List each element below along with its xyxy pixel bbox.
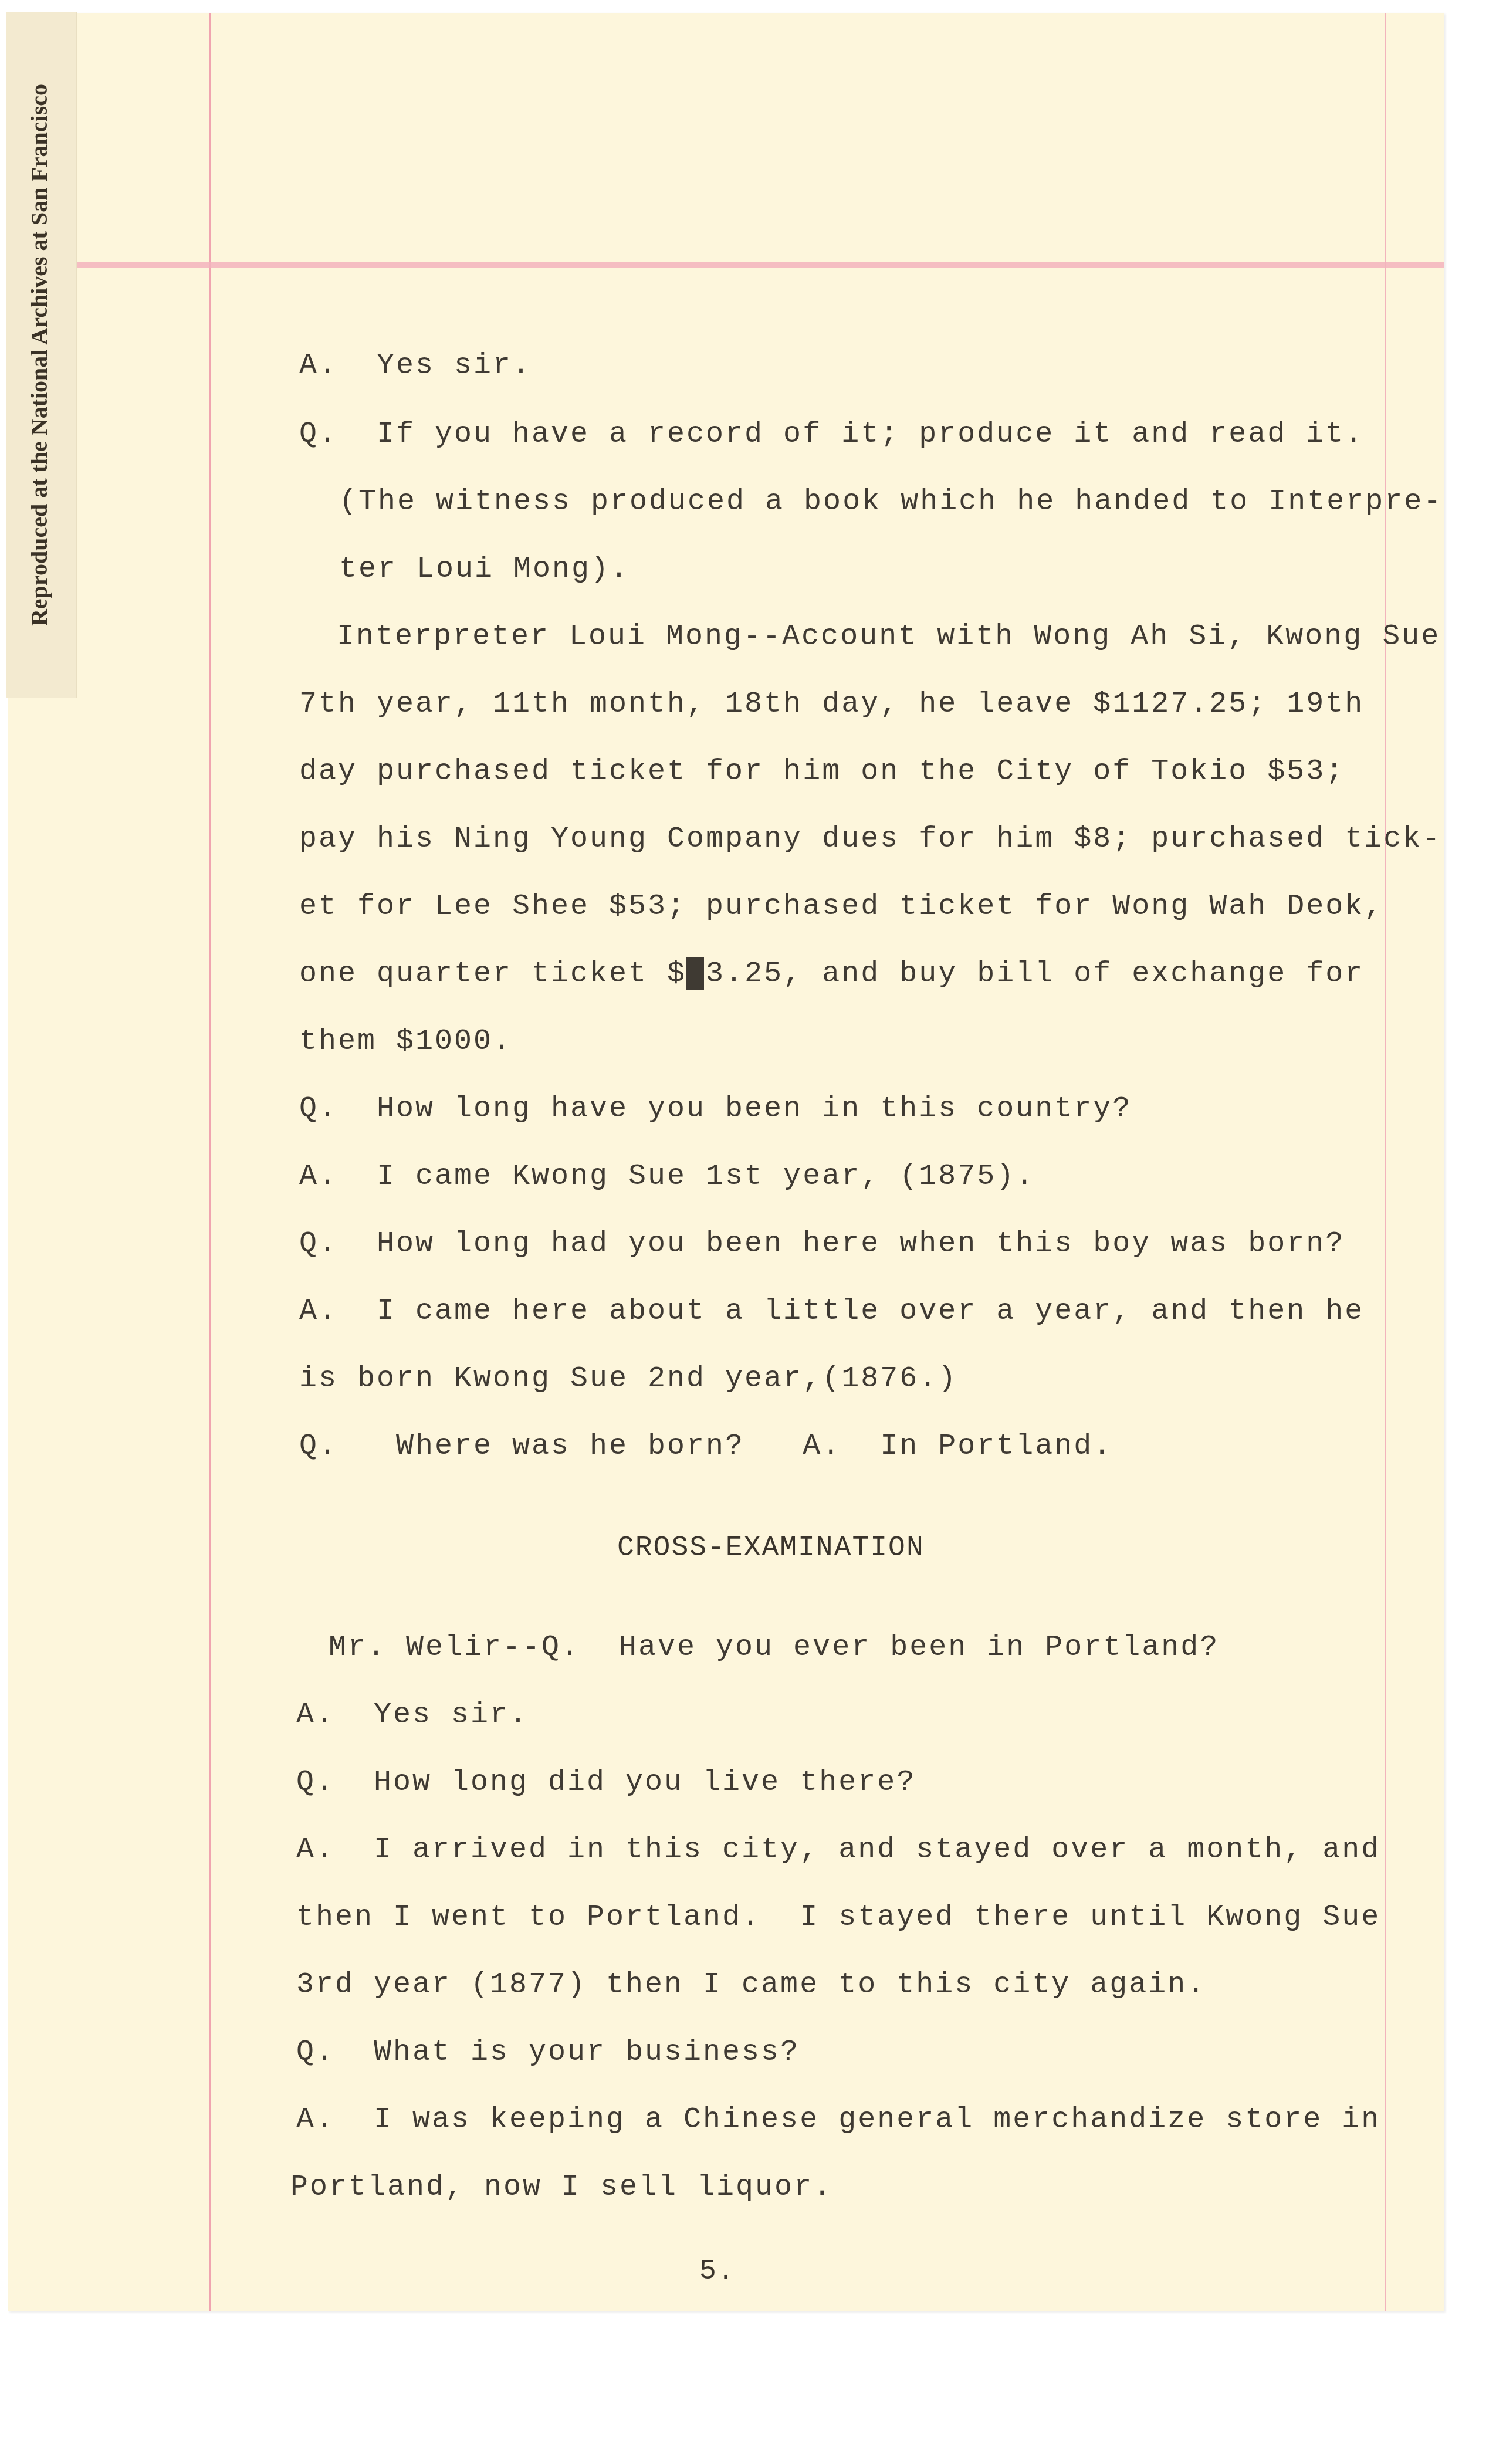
transcript-line: 7th year, 11th month, 18th day, he leave…	[299, 688, 1364, 721]
transcript-line: et for Lee Shee $53; purchased ticket fo…	[299, 890, 1383, 923]
transcript-line: A. Yes sir.	[299, 349, 532, 383]
transcript-line: A. I came Kwong Sue 1st year, (1875).	[299, 1160, 1035, 1193]
section-heading: CROSS-EXAMINATION	[617, 1532, 925, 1564]
transcript-line: Mr. Welir--Q. Have you ever been in Port…	[329, 1631, 1219, 1664]
transcript-line: ter Loui Mong).	[339, 553, 629, 586]
transcript-line: Q. How long did you live there?	[296, 1766, 916, 1799]
archive-stamp-text: Reproduced at the National Archives at S…	[25, 84, 53, 626]
right-margin-rule	[1385, 13, 1386, 2311]
transcript-line: Q. If you have a record of it; produce i…	[299, 418, 1364, 451]
transcript-line: A. I came here about a little over a yea…	[299, 1295, 1364, 1328]
header-rule	[8, 262, 1444, 268]
left-margin-rule	[209, 13, 211, 2311]
page-number: 5.	[699, 2256, 736, 2287]
transcript-line: A. I arrived in this city, and stayed ov…	[296, 1833, 1380, 1867]
transcript-line: (The witness produced a book which he ha…	[339, 485, 1443, 519]
transcript-line: Q. Where was he born? A. In Portland.	[299, 1430, 1112, 1463]
transcript-line: Q. How long had you been here when this …	[299, 1227, 1345, 1261]
transcript-line: Interpreter Loui Mong--Account with Wong…	[337, 620, 1440, 654]
transcript-line: A. Yes sir.	[296, 1698, 529, 1732]
transcript-line: them $1000.	[299, 1025, 512, 1058]
transcript-line: day purchased ticket for him on the City…	[299, 755, 1345, 788]
transcript-line: is born Kwong Sue 2nd year,(1876.)	[299, 1362, 957, 1396]
transcript-line: then I went to Portland. I stayed there …	[296, 1901, 1380, 1934]
transcript-line: A. I was keeping a Chinese general merch…	[296, 2103, 1380, 2137]
transcript-line: Portland, now I sell liquor.	[290, 2171, 832, 2204]
transcript-line: 3rd year (1877) then I came to this city…	[296, 1968, 1206, 2002]
transcript-line: Q. What is your business?	[296, 2036, 800, 2069]
transcript-line: pay his Ning Young Company dues for him …	[299, 823, 1441, 856]
transcript-line: Q. How long have you been in this countr…	[299, 1092, 1132, 1126]
transcript-line: one quarter ticket $█3.25, and buy bill …	[299, 957, 1364, 991]
